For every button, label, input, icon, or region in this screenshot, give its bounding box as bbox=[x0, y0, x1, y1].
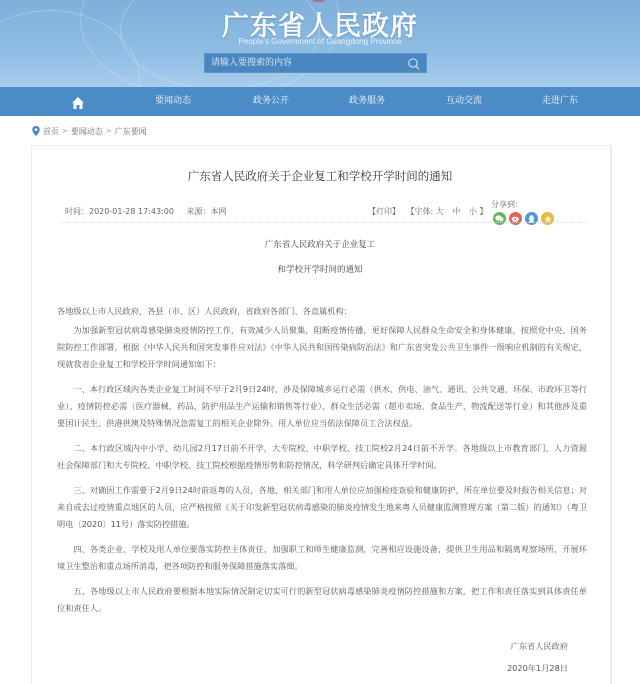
document-heading-line-2: 和学校开学时间的通知 bbox=[0, 263, 640, 275]
paragraph-1: 一、本行政区域内各类企业复工时间不早于2月9日24时，涉及保障城乡运行必需（供水… bbox=[57, 381, 587, 432]
search-input[interactable] bbox=[205, 54, 395, 72]
nav-item-news[interactable]: 要闻动态 bbox=[155, 87, 191, 116]
weibo-icon bbox=[511, 215, 520, 222]
qzone-share-icon[interactable] bbox=[541, 212, 554, 225]
signature-date: 2020年1月28日 bbox=[507, 663, 568, 674]
salutation: 各地级以上市人民政府，各县（市、区）人民政府，省政府各部门、各直属机构： bbox=[57, 303, 587, 320]
paragraph-intro: 为加强新型冠状病毒感染肺炎疫情防控工作，有效减少人员聚集，阻断疫情传播，更好保障… bbox=[57, 322, 587, 373]
font-large-button[interactable]: 大 bbox=[436, 207, 444, 216]
site-subtitle: People's Government of Guangdong Provinc… bbox=[0, 37, 640, 46]
breadcrumb-guangdong-news[interactable]: 广东要闻 bbox=[115, 126, 147, 137]
print-button[interactable]: 【打印】 bbox=[368, 207, 400, 216]
meta-divider bbox=[60, 222, 585, 223]
breadcrumb-separator: > bbox=[62, 127, 68, 135]
article-tools: 【打印】 【字体: 大 中 小 】 bbox=[368, 206, 487, 217]
search-icon bbox=[406, 57, 422, 71]
article-body: 各地级以上市人民政府，各县（市、区）人民政府，省政府各部门、各直属机构： 为加强… bbox=[57, 303, 587, 617]
main-nav: 要闻动态 政务公开 政务服务 互动交流 走进广东 bbox=[0, 87, 640, 116]
paragraph-3: 三、对确因工作需要于2月9日24时前返粤的人员，各地、相关部门和用人单位应加强检… bbox=[57, 482, 587, 533]
nav-home[interactable] bbox=[71, 94, 85, 108]
wechat-share-icon[interactable] bbox=[493, 212, 506, 225]
share-icons bbox=[493, 212, 554, 225]
search-button[interactable] bbox=[406, 56, 422, 70]
document-heading-line-1: 广东省人民政府关于企业复工 bbox=[0, 238, 640, 250]
paragraph-5: 五、各地级以上市人民政府要根据本地实际情况制定切实可行的新型冠状病毒感染肺炎疫情… bbox=[57, 583, 587, 617]
paragraph-2: 二、本行政区域内中小学、幼儿园2月17日前不开学，大专院校、中职学校、技工院校2… bbox=[57, 440, 587, 474]
nav-item-about-guangdong[interactable]: 走进广东 bbox=[542, 87, 578, 116]
article-title: 广东省人民政府关于企业复工和学校开学时间的通知 bbox=[0, 168, 640, 184]
wechat-icon bbox=[495, 215, 504, 222]
weibo-share-icon[interactable] bbox=[509, 212, 522, 225]
font-size-bracket: 】 bbox=[479, 207, 487, 216]
divider bbox=[611, 145, 612, 684]
article-meta: 时间：2020-01-28 17:43:00 来源：本网 bbox=[65, 206, 237, 217]
share-label: 分享到： bbox=[491, 199, 523, 210]
publish-time: 时间：2020-01-28 17:43:00 bbox=[65, 207, 174, 216]
font-small-button[interactable]: 小 bbox=[469, 207, 477, 216]
signature-org: 广东省人民政府 bbox=[511, 641, 568, 652]
breadcrumb-home[interactable]: 首页 bbox=[43, 126, 59, 137]
font-medium-button[interactable]: 中 bbox=[452, 207, 460, 216]
home-icon bbox=[71, 96, 85, 110]
font-size-label: 【字体: bbox=[407, 207, 434, 216]
qq-share-icon[interactable] bbox=[525, 212, 538, 225]
nav-item-interaction[interactable]: 互动交流 bbox=[446, 87, 482, 116]
paragraph-4: 四、各类企业、学校及用人单位要落实防控主体责任，加强职工和师生健康监测，完善相应… bbox=[57, 541, 587, 575]
article-source: 来源：本网 bbox=[187, 207, 227, 216]
breadcrumb: 首页 > 要闻动态 > 广东要闻 bbox=[32, 124, 147, 138]
search-box bbox=[204, 53, 427, 73]
breadcrumb-separator: > bbox=[106, 127, 112, 135]
nav-item-gov-affairs-public[interactable]: 政务公开 bbox=[253, 87, 289, 116]
site-header: 广东省人民政府 People's Government of Guangdong… bbox=[0, 0, 640, 87]
breadcrumb-news[interactable]: 要闻动态 bbox=[71, 126, 103, 137]
location-pin-icon bbox=[32, 126, 40, 136]
nav-item-gov-services[interactable]: 政务服务 bbox=[349, 87, 385, 116]
